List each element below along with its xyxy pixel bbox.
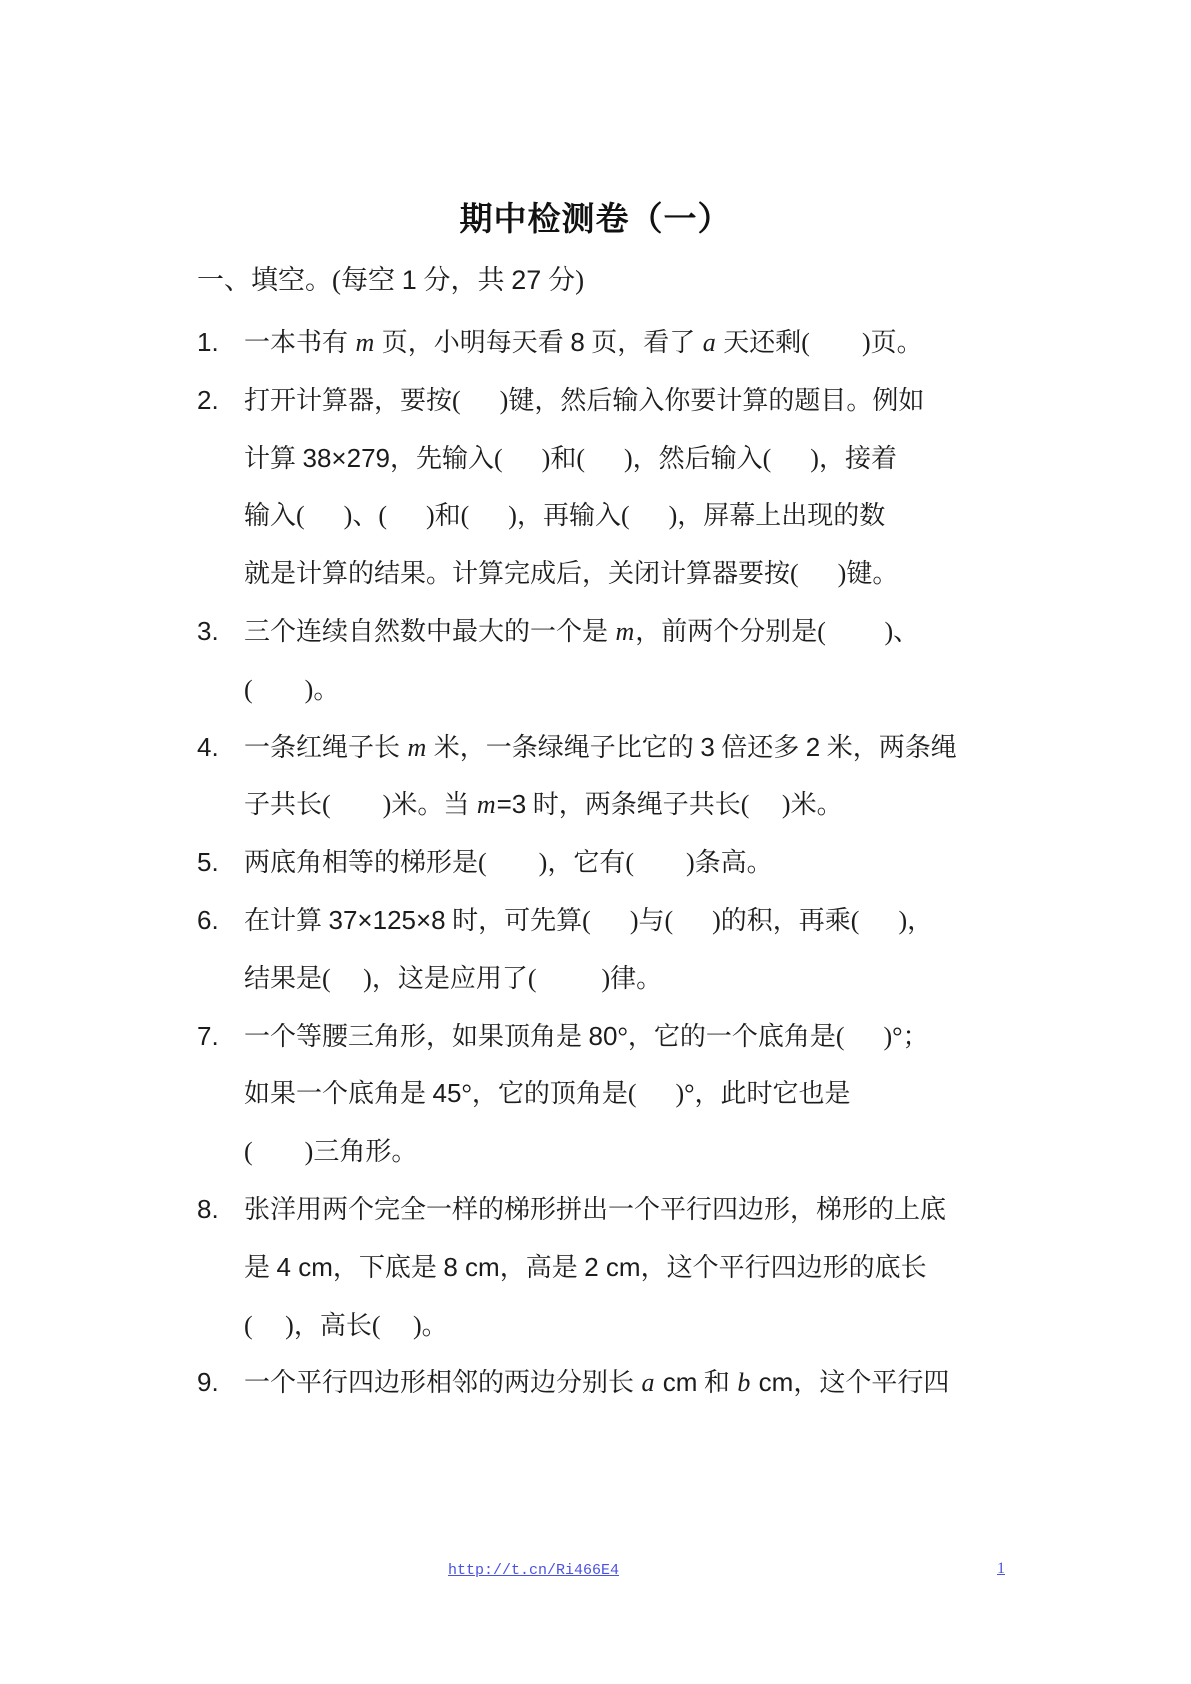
text-segment: 张洋用两个完全一样的梯形拼出一个平行四边形，梯形的上底 [244,1195,946,1224]
text-segment: 分，共 [417,265,512,295]
page-number-link[interactable]: 1 [997,1560,1005,1578]
question-line: 打开计算器，要按( )键，然后输入你要计算的题目。例如 [244,372,1002,430]
text-segment: 分) [541,265,584,295]
questions-list: 1.一本书有 m 页，小明每天看 8 页，看了 a 天还剩( )页。2.打开计算… [197,314,1002,1412]
text-segment: 3 [700,732,714,762]
question-item-4: 4.一条红绳子长 m 米，一条绿绳子比它的 3 倍还多 2 米，两条绳子共长( … [197,719,1002,835]
text-segment: ，高是 [500,1253,585,1282]
text-segment: 米，两条绳 [820,733,957,762]
text-segment: b [736,1368,751,1397]
text-segment: 输入( )、( )和( )，再输入( )，屏幕上出现的数 [244,501,885,530]
question-line: 一个平行四边形相邻的两边分别长 a cm 和 b cm，这个平行四 [244,1354,1002,1412]
question-item-9: 9.一个平行四边形相邻的两边分别长 a cm 和 b cm，这个平行四 [197,1354,1002,1412]
text-segment: a [641,1368,656,1397]
text-segment: ( )，高长( )。 [244,1311,448,1340]
text-segment: =3 [497,789,527,819]
text-segment: 2 cm [584,1252,640,1282]
question-line: 在计算 37×125×8 时，可先算( )与( )的积，再乘( )， [244,892,1002,950]
text-segment: 37×125×8 [329,905,446,935]
question-line: 如果一个底角是 45°，它的顶角是( )°，此时它也是 [244,1065,1002,1123]
text-segment: ，下底是 [333,1253,444,1282]
text-segment: 1 [402,265,417,295]
text-segment: °，它的顶角是( )°，此时它也是 [461,1079,850,1108]
question-line: 三个连续自然数中最大的一个是 m，前两个分别是( )、 [244,603,1002,661]
question-line: 一个等腰三角形，如果顶角是 80°，它的一个底角是( )°； [244,1008,1002,1066]
text-segment: a [702,328,717,357]
question-line: 两底角相等的梯形是( )，它有( )条高。 [244,834,1002,892]
text-segment: 在计算 [244,906,329,935]
question-line: 子共长( )米。当 m=3 时，两条绳子共长( )米。 [244,776,1002,834]
text-segment: 计算 [244,444,303,473]
text-segment: 就是计算的结果。计算完成后，关闭计算器要按( )键。 [244,559,898,588]
question-number: 9. [197,1354,219,1412]
text-segment: 一个等腰三角形，如果顶角是 [244,1022,589,1051]
question-line: ( )三角形。 [244,1123,1002,1181]
question-item-2: 2.打开计算器，要按( )键，然后输入你要计算的题目。例如计算 38×279，先… [197,372,1002,603]
question-line: 张洋用两个完全一样的梯形拼出一个平行四边形，梯形的上底 [244,1181,1002,1239]
text-segment: m [407,733,428,762]
question-item-8: 8.张洋用两个完全一样的梯形拼出一个平行四边形，梯形的上底是 4 cm，下底是 … [197,1181,1002,1354]
question-line: 结果是( )，这是应用了( )律。 [244,950,1002,1008]
text-segment: cm [656,1367,698,1397]
text-segment: 一个平行四边形相邻的两边分别长 [244,1368,641,1397]
text-segment: 时，两条绳子共长( )米。 [526,790,842,819]
text-segment: 天还剩( )页。 [717,328,923,357]
text-segment: 是 [244,1253,277,1282]
question-item-1: 1.一本书有 m 页，小明每天看 8 页，看了 a 天还剩( )页。 [197,314,1002,372]
footer-url-link[interactable]: http://t.cn/Ri466E4 [448,1562,619,1579]
text-segment: 时，可先算( )与( )的积，再乘( )， [446,906,933,935]
text-segment: 一本书有 [244,328,355,357]
text-segment: 倍还多 [715,733,806,762]
question-line: 一本书有 m 页，小明每天看 8 页，看了 a 天还剩( )页。 [244,314,1002,372]
question-item-5: 5.两底角相等的梯形是( )，它有( )条高。 [197,834,1002,892]
text-segment: °，它的一个底角是( )°； [617,1022,928,1051]
text-segment: m [355,328,376,357]
text-segment: 米，一条绿绳子比它的 [427,733,700,762]
text-segment: 27 [511,265,541,295]
text-segment: 打开计算器，要按( )键，然后输入你要计算的题目。例如 [244,386,924,415]
text-segment: 和 [697,1368,736,1397]
page-title: 期中检测卷（一） [0,193,1191,240]
text-segment: 一条红绳子长 [244,733,407,762]
text-segment: 如果一个底角是 [244,1079,433,1108]
text-segment: ( )三角形。 [244,1137,417,1166]
text-segment: 4 cm [277,1252,333,1282]
text-segment: ，这个平行四 [793,1368,949,1397]
question-item-7: 7.一个等腰三角形，如果顶角是 80°，它的一个底角是( )°；如果一个底角是 … [197,1008,1002,1181]
question-item-6: 6.在计算 37×125×8 时，可先算( )与( )的积，再乘( )，结果是(… [197,892,1002,1008]
text-segment: 子共长( )米。当 [244,790,476,819]
question-item-3: 3.三个连续自然数中最大的一个是 m，前两个分别是( )、( )。 [197,603,1002,719]
text-segment: 2 [806,732,820,762]
question-line: ( )。 [244,661,1002,719]
text-segment: 三个连续自然数中最大的一个是 [244,617,615,646]
text-segment: ( )。 [244,675,339,704]
text-segment: 页，小明每天看 [375,328,570,357]
text-segment: 8 cm [443,1252,499,1282]
text-segment: 80 [589,1021,618,1051]
text-segment: ，前两个分别是( )、 [635,617,919,646]
text-segment: 8 [570,327,584,357]
question-number: 7. [197,1008,219,1066]
question-number: 5. [197,834,219,892]
text-segment: 一、填空。(每空 [197,265,402,295]
text-segment: 页，看了 [585,328,702,357]
text-segment: 结果是( )，这是应用了( )律。 [244,964,662,993]
question-number: 3. [197,603,219,661]
question-line: 计算 38×279，先输入( )和( )，然后输入( )，接着 [244,430,1002,488]
text-segment: m [476,790,497,819]
text-segment: ，这个平行四边形的底长 [641,1253,927,1282]
question-line: 就是计算的结果。计算完成后，关闭计算器要按( )键。 [244,545,1002,603]
question-number: 4. [197,719,219,777]
text-segment: 38×279 [303,443,390,473]
question-line: 一条红绳子长 m 米，一条绿绳子比它的 3 倍还多 2 米，两条绳 [244,719,1002,777]
question-number: 2. [197,372,219,430]
question-number: 1. [197,314,219,372]
question-line: 是 4 cm，下底是 8 cm，高是 2 cm，这个平行四边形的底长 [244,1239,1002,1297]
text-segment: ，先输入( )和( )，然后输入( )，接着 [390,444,897,473]
question-line: ( )，高长( )。 [244,1297,1002,1355]
text-segment: cm [751,1367,793,1397]
text-segment: m [615,617,636,646]
text-segment: 两底角相等的梯形是( )，它有( )条高。 [244,848,773,877]
exam-page: 期中检测卷（一） 一、填空。(每空 1 分，共 27 分) 1.一本书有 m 页… [0,0,1191,1684]
text-segment: 45 [433,1078,462,1108]
question-number: 6. [197,892,219,950]
section-heading: 一、填空。(每空 1 分，共 27 分) [197,258,584,297]
question-line: 输入( )、( )和( )，再输入( )，屏幕上出现的数 [244,487,1002,545]
question-number: 8. [197,1181,219,1239]
